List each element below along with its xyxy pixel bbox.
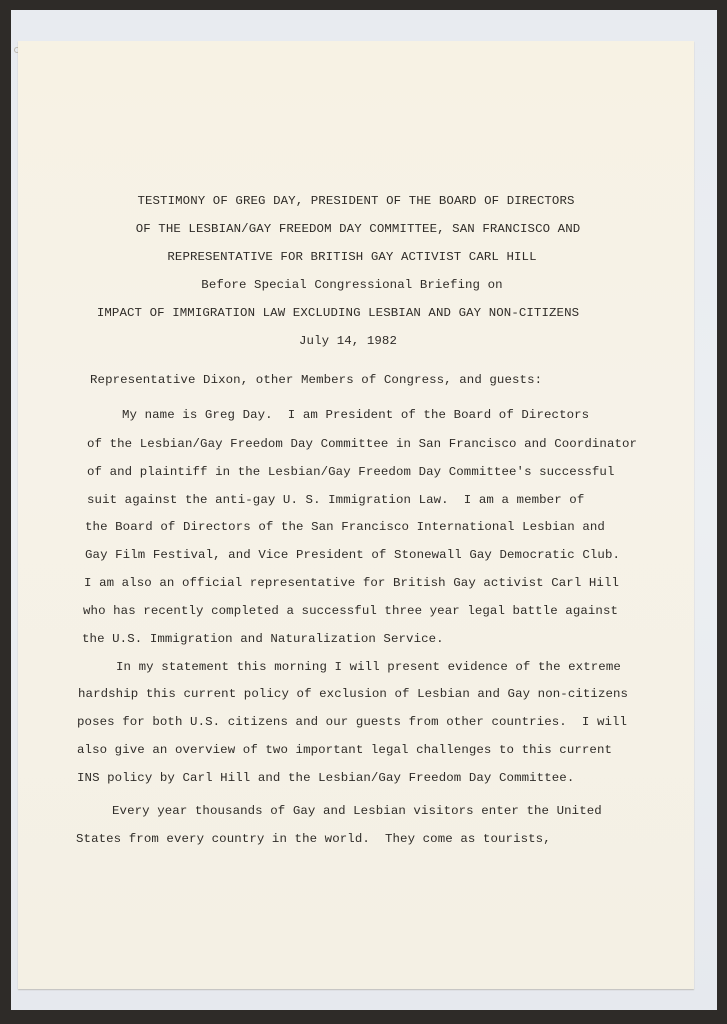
body-line: Gay Film Festival, and Vice President of… bbox=[85, 548, 620, 562]
title-line-2: OF THE LESBIAN/GAY FREEDOM DAY COMMITTEE… bbox=[20, 222, 696, 236]
body-line: In my statement this morning I will pres… bbox=[116, 660, 621, 674]
briefing-line: Before Special Congressional Briefing on bbox=[14, 278, 690, 292]
body-line: States from every country in the world. … bbox=[76, 832, 551, 846]
date-line: July 14, 1982 bbox=[10, 334, 686, 348]
body-line: hardship this current policy of exclusio… bbox=[78, 687, 628, 701]
body-line: poses for both U.S. citizens and our gue… bbox=[77, 715, 627, 729]
body-line: the Board of Directors of the San Franci… bbox=[85, 520, 605, 534]
body-line: I am also an official representative for… bbox=[84, 576, 619, 590]
salutation: Representative Dixon, other Members of C… bbox=[90, 373, 542, 387]
body-line: INS policy by Carl Hill and the Lesbian/… bbox=[77, 771, 574, 785]
body-line: the U.S. Immigration and Naturalization … bbox=[82, 632, 444, 646]
subject-line: IMPACT OF IMMIGRATION LAW EXCLUDING LESB… bbox=[0, 306, 676, 320]
title-line-3: REPRESENTATIVE FOR BRITISH GAY ACTIVIST … bbox=[14, 250, 690, 264]
body-line: also give an overview of two important l… bbox=[77, 743, 612, 757]
title-line-1: TESTIMONY OF GREG DAY, PRESIDENT OF THE … bbox=[18, 194, 694, 208]
body-line: of and plaintiff in the Lesbian/Gay Free… bbox=[87, 465, 615, 479]
body-line: of the Lesbian/Gay Freedom Day Committee… bbox=[87, 437, 637, 451]
document-page: TESTIMONY OF GREG DAY, PRESIDENT OF THE … bbox=[18, 41, 694, 989]
body-line: who has recently completed a successful … bbox=[83, 604, 618, 618]
body-line: My name is Greg Day. I am President of t… bbox=[122, 408, 589, 422]
body-line: Every year thousands of Gay and Lesbian … bbox=[112, 804, 602, 818]
body-line: suit against the anti-gay U. S. Immigrat… bbox=[87, 493, 584, 507]
